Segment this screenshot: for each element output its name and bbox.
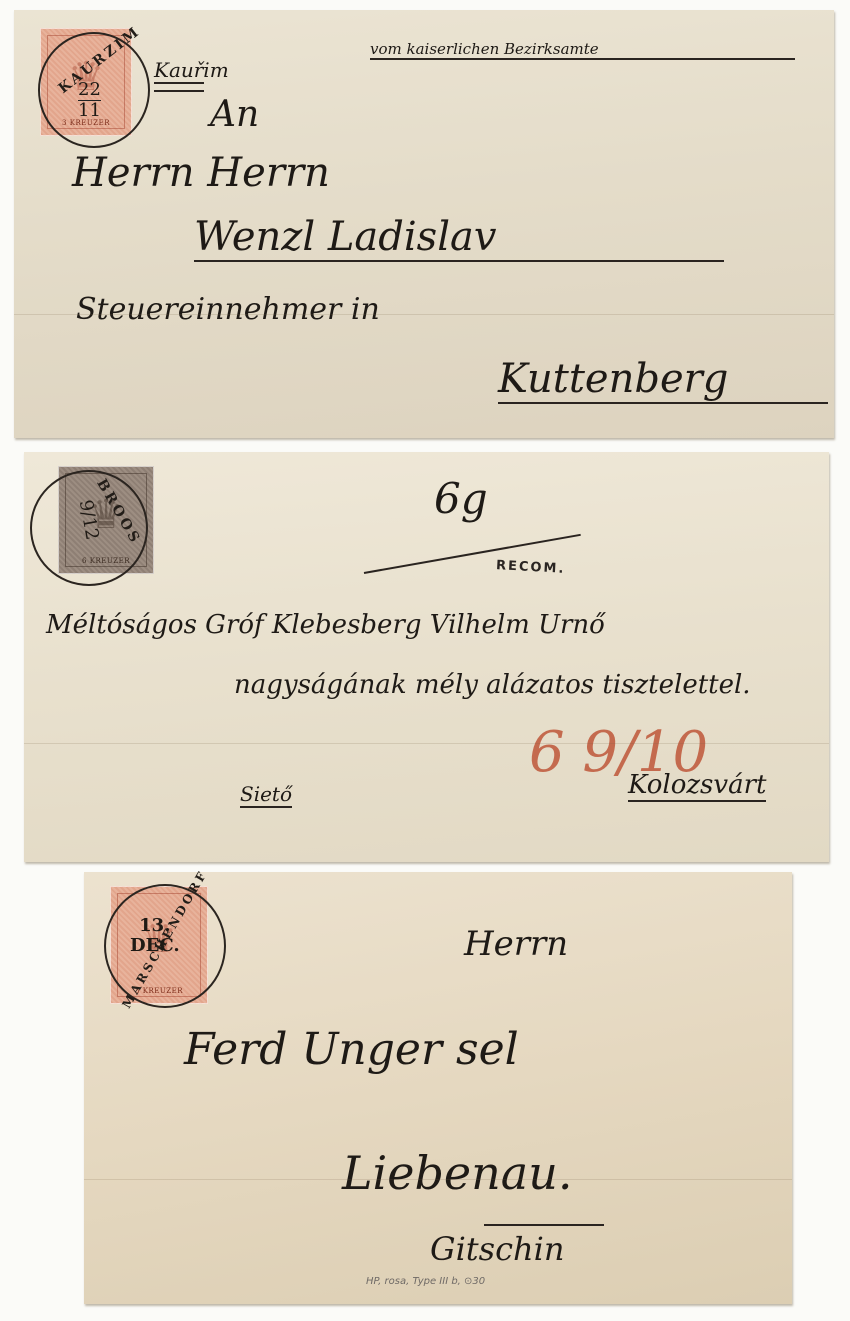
postmark-date: 13. DEC. bbox=[130, 916, 180, 956]
address-line: Wenzl Ladislav bbox=[194, 214, 724, 262]
address-line: Liebenau. bbox=[342, 1146, 572, 1200]
cover-3: ♛ 3 KREUZER MARSCHENDORF 13. DEC. Herrn … bbox=[84, 872, 792, 1304]
address-line: Steuereinnehmer in bbox=[76, 292, 380, 327]
address-line: Kuttenberg bbox=[498, 356, 828, 404]
official-note: vom kaiserlichen Bezirksamte bbox=[370, 40, 795, 60]
cover-1: ♛ 3 KREUZER KAURZIM 22 11 Kauřim vom kai… bbox=[14, 10, 834, 438]
rate-mark: 6g bbox=[434, 474, 488, 523]
recom-handstamp: RECOM. bbox=[496, 558, 566, 577]
destination: Kolozsvárt bbox=[628, 770, 766, 802]
cover-2: ♛ 6 KREUZER BROOS 9/12 6g RECOM. Méltósá… bbox=[24, 452, 829, 862]
urgent-note: Siető bbox=[240, 782, 292, 808]
address-line: Méltóságos Gróf Klebesberg Vilhelm Urnő bbox=[46, 610, 605, 640]
address-line: Herrn Herrn bbox=[72, 150, 330, 196]
postmark-date: 22 11 bbox=[78, 80, 101, 121]
address-line: Gitschin bbox=[430, 1230, 564, 1268]
pencil-note: HP, rosa, Type III b, ⊙30 bbox=[366, 1276, 485, 1287]
address-line: An bbox=[210, 94, 259, 135]
address-line: nagyságának mély alázatos tisztelettel. bbox=[234, 670, 751, 700]
address-line: Ferd Unger sel bbox=[184, 1024, 519, 1075]
address-line: Herrn bbox=[464, 924, 568, 964]
town-note: Kauřim bbox=[154, 58, 229, 82]
